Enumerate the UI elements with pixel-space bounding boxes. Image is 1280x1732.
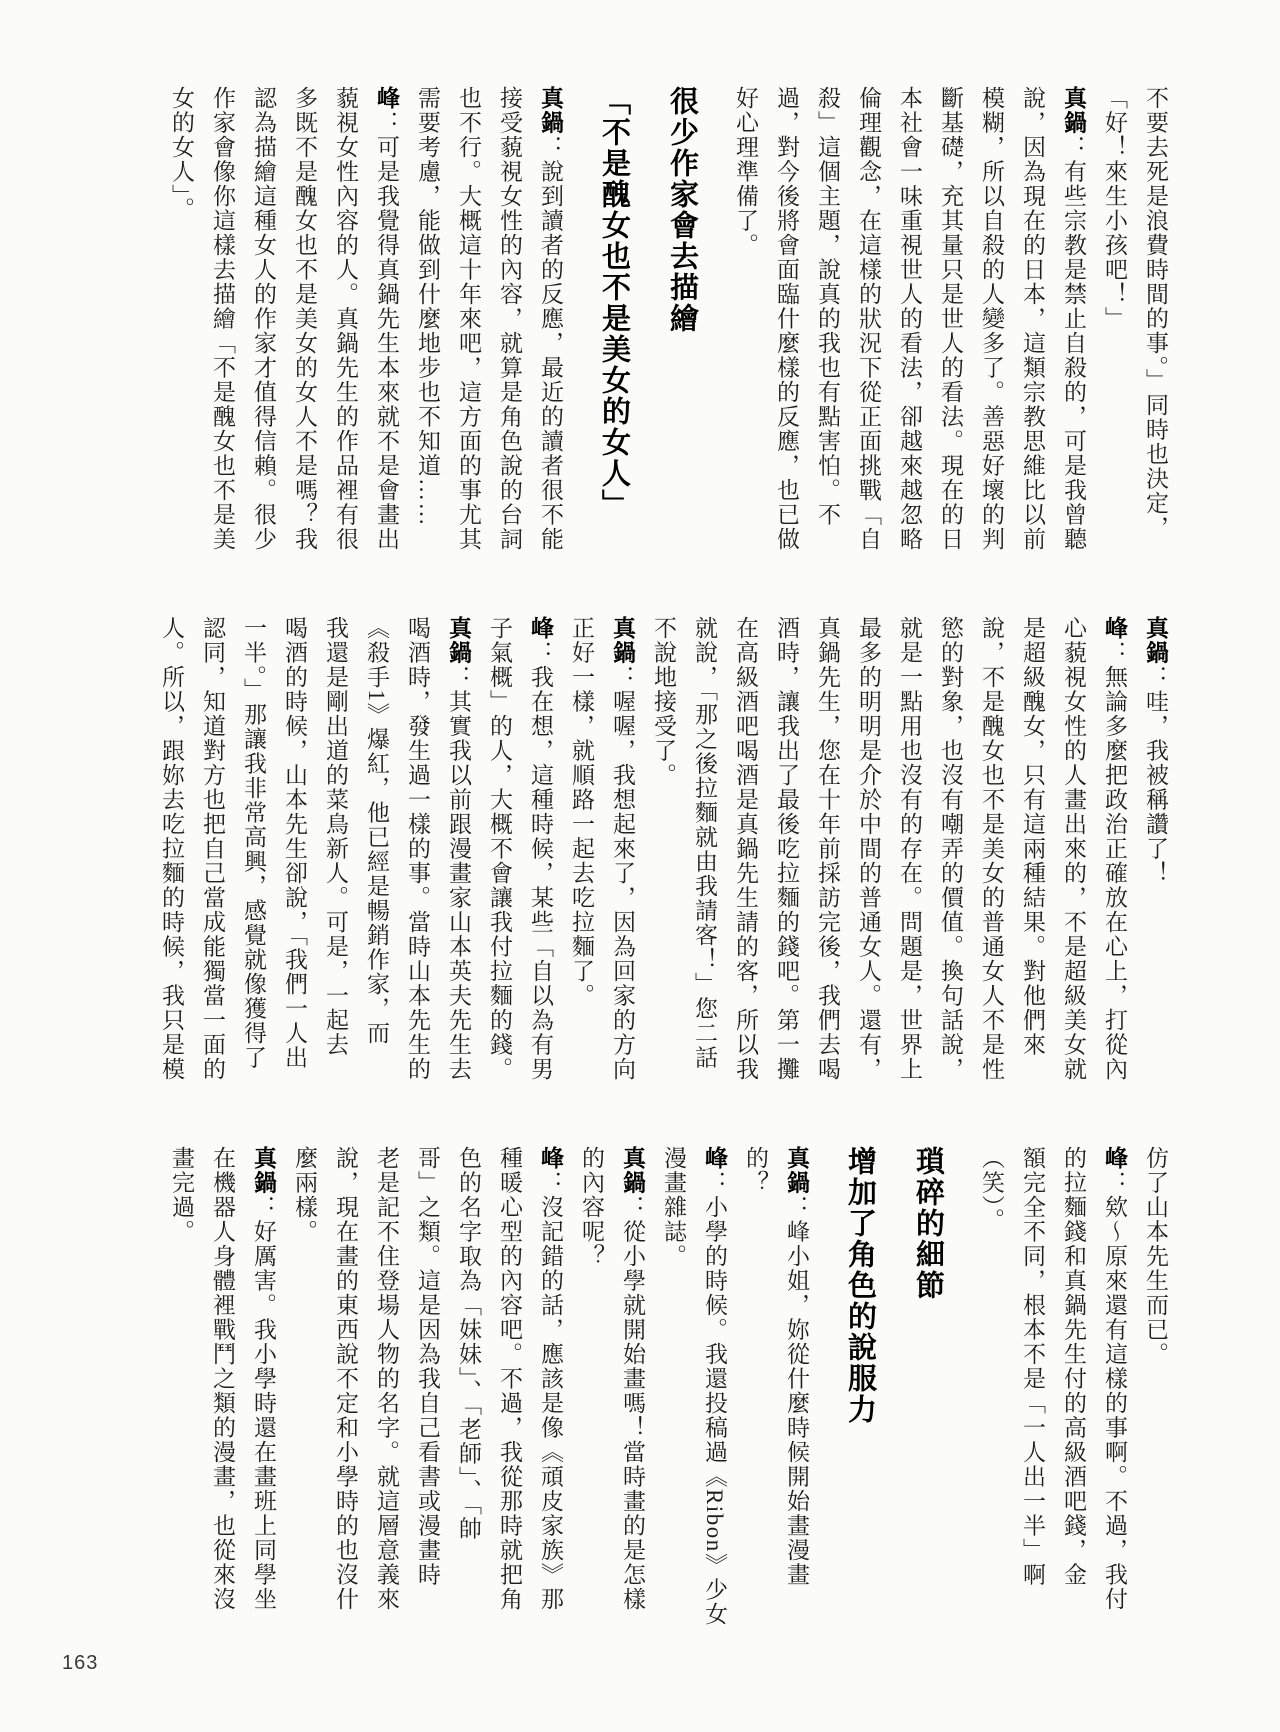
text-column: 畫完過。 [161,1146,202,1640]
text-column: 真鍋：喔喔，我想起來了，因為回家的方向 [602,616,643,1110]
speaker-name: 真鍋 [1143,616,1168,665]
text-column: 峰：小學的時候。我還投稿過《Ribon》少女 [694,1146,735,1640]
text-column: 喝酒的時候，山本先生卻說，「我們一人出 [274,616,315,1110]
speech-text: ：沒記錯的話，應該是像《頑皮家族》那 [538,1171,563,1612]
text-column: 喝酒時，發生過一樣的事。當時山本先生的 [397,616,438,1110]
text-column: 真鍋：從小學就開始畫嗎！當時畫的是怎樣 [612,1146,653,1640]
speaker-name: 真鍋 [784,1146,809,1195]
book-page: 不要去死是浪費時間的事。」同時也決定，「好！來生小孩吧！」真鍋：有些宗教是禁止自… [0,0,1280,1732]
speech-text: ：峰小姐，妳從什麼時候開始畫漫畫 [784,1195,809,1587]
text-column: 需要考慮，能做到什麼地步也不知道…… [407,86,448,580]
page-number: 163 [62,1652,98,1675]
text-column: 酒時，讓我出了最後吃拉麵的錢吧。第一攤 [766,616,807,1110]
text-column: 真鍋：說到讀者的反應，最近的讀者很不能 [530,86,571,580]
speech-text: ：其實我以前跟漫畫家山本英夫先生去 [446,665,471,1082]
text-column: 真鍋：好厲害。我小學時還在畫班上同學坐 [243,1146,284,1640]
text-column: 峰：可是我覺得真鍋先生本來就不是會畫出 [366,86,407,580]
text-column: 殺」這個主題，說真的我也有點害怕。不 [807,86,848,580]
text-column: 真鍋：其實我以前跟漫畫家山本英夫先生去 [438,616,479,1110]
text-column: 一半。」那讓我非常高興，感覺就像獲得了 [233,616,274,1110]
text-column: 漫畫雜誌。 [653,1146,694,1640]
section-heading: 很少作家會去描繪 [657,86,707,580]
speaker-name: 真鍋 [610,616,635,665]
text-column: 作家會像你這樣去描繪「不是醜女也不是美 [202,86,243,580]
speaker-name: 真鍋 [1061,86,1086,135]
text-column: 認同，知道對方也把自己當成能獨當一面的 [192,616,233,1110]
text-column: 額完全不同，根本不是「一人出一半」啊 [1012,1146,1053,1640]
text-column: 就說，「那之後拉麵就由我請客！」您二話 [684,616,725,1110]
text-column: 的內容呢？ [571,1146,612,1640]
speaker-name: 真鍋 [620,1146,645,1195]
text-column: 真鍋：哇，我被稱讚了！ [1135,616,1176,1110]
text-column: 認為描繪這種女人的作家才值得信賴。很少 [243,86,284,580]
section-heading: 「不是醜女也不是美女的女人」 [589,86,639,580]
speaker-name: 峰 [702,1146,727,1171]
text-column: 真鍋：峰小姐，妳從什麼時候開始畫漫畫 [776,1146,817,1640]
text-column: 心藐視女性的人畫出來的，不是超級美女就 [1053,616,1094,1110]
text-column: 好心理準備了。 [725,86,766,580]
speaker-name: 峰 [374,86,399,111]
text-column: 子氣概」的人，大概不會讓我付拉麵的錢。 [479,616,520,1110]
speaker-name: 峰 [1102,616,1127,641]
text-column: 老是記不住登場人物的名字。就這層意義來 [366,1146,407,1640]
text-column: 不說地接受了。 [643,616,684,1110]
text-column: 峰：我在想，這種時候，某些「自以為有男 [520,616,561,1110]
speech-text: ：哇，我被稱讚了！ [1143,665,1168,886]
text-column: 過，對今後將會面臨什麼樣的反應，也已做 [766,86,807,580]
text-band-bottom: 仿了山本先生而已。峰：欸～原來還有這樣的事啊。不過，我付的拉麵錢和真鍋先生付的高… [161,1146,1176,1640]
text-column: 多既不是醜女也不是美女的女人不是嗎？我 [284,86,325,580]
text-column: 的？ [735,1146,776,1640]
section-heading: 增加了角色的說服力 [835,1146,885,1640]
text-column: 峰：欸～原來還有這樣的事啊。不過，我付 [1094,1146,1135,1640]
speech-text: ：說到讀者的反應，最近的讀者很不能 [538,135,563,552]
text-column: 真鍋先生，您在十年前採訪完後，我們去喝 [807,616,848,1110]
text-column: 最多的明明是介於中間的普通女人。還有， [848,616,889,1110]
speech-text: ：有些宗教是禁止自殺的，可是我曾聽 [1061,135,1086,552]
speech-text: ：喔喔，我想起來了，因為回家的方向 [610,665,635,1082]
speech-text: ：欸～原來還有這樣的事啊。不過，我付 [1102,1171,1127,1612]
text-column: 在機器人身體裡戰鬥之類的漫畫，也從來沒 [202,1146,243,1640]
speech-text: ：可是我覺得真鍋先生本來就不是會畫出 [374,111,399,552]
text-column: 是超級醜女，只有這兩種結果。對他們來 [1012,616,1053,1110]
text-column: 說，現在畫的東西說不定和小學時的也沒什 [325,1146,366,1640]
speaker-name: 真鍋 [538,86,563,135]
text-column: 我還是剛出道的菜鳥新人。可是，一起去 [315,616,356,1110]
section-heading: 瑣碎的細節 [903,1146,953,1640]
speaker-name: 峰 [528,616,553,641]
speaker-name: 真鍋 [446,616,471,665]
text-band-top: 不要去死是浪費時間的事。」同時也決定，「好！來生小孩吧！」真鍋：有些宗教是禁止自… [161,86,1176,580]
text-column: 慾的對象，也沒有嘲弄的價值。換句話說， [930,616,971,1110]
speaker-name: 峰 [1102,1146,1127,1171]
text-column: 的拉麵錢和真鍋先生付的高級酒吧錢，金 [1053,1146,1094,1640]
text-column: 色的名字取為「妹妹」、「老師」、「帥 [448,1146,489,1640]
speaker-name: 真鍋 [251,1146,276,1195]
text-column: 就是一點用也沒有的存在。問題是，世界上 [889,616,930,1110]
text-column: 正好一樣，就順路一起去吃拉麵了。 [561,616,602,1110]
text-column: 不要去死是浪費時間的事。」同時也決定， [1135,86,1176,580]
text-column: 人。所以，跟妳去吃拉麵的時候，我只是模 [151,616,192,1110]
text-column: 峰：沒記錯的話，應該是像《頑皮家族》那 [530,1146,571,1640]
text-column: 哥」之類。這是因為我自己看書或漫畫時 [407,1146,448,1640]
text-column: （笑）。 [971,1146,1012,1640]
text-column: 《殺手1》爆紅，他已經是暢銷作家，而 [356,616,397,1110]
text-column: 說，不是醜女也不是美女的普通女人不是性 [971,616,1012,1110]
text-column: 女的女人」。 [161,86,202,580]
text-column: 倫理觀念，在這樣的狀況下從正面挑戰「自 [848,86,889,580]
text-band-middle: 真鍋：哇，我被稱讚了！峰：無論多麼把政治正確放在心上，打從內心藐視女性的人畫出來… [151,616,1176,1110]
text-column: 「好！來生小孩吧！」 [1094,86,1135,580]
text-column: 真鍋：有些宗教是禁止自殺的，可是我曾聽 [1053,86,1094,580]
text-column: 本社會一味重視世人的看法，卻越來越忽略 [889,86,930,580]
text-column: 也不行。大概這十年來吧，這方面的事尤其 [448,86,489,580]
text-column: 說，因為現在的日本，這類宗教思維比以前 [1012,86,1053,580]
text-column: 種暖心型的內容吧。不過，我從那時就把角 [489,1146,530,1640]
text-column: 藐視女性內容的人。真鍋先生的作品裡有很 [325,86,366,580]
text-column: 麼兩樣。 [284,1146,325,1640]
speech-text: ：好厲害。我小學時還在畫班上同學坐 [251,1195,276,1612]
speech-text: ：小學的時候。我還投稿過《Ribon》少女 [702,1171,727,1627]
speaker-name: 峰 [538,1146,563,1171]
speech-text: ：我在想，這種時候，某些「自以為有男 [528,641,553,1082]
text-column: 斷基礎，充其量只是世人的看法。現在的日 [930,86,971,580]
text-column: 仿了山本先生而已。 [1135,1146,1176,1640]
text-column: 在高級酒吧喝酒是真鍋先生請的客，所以我 [725,616,766,1110]
text-column: 模糊，所以自殺的人變多了。善惡好壞的判 [971,86,1012,580]
text-column: 接受藐視女性的內容，就算是角色說的台詞 [489,86,530,580]
speech-text: ：從小學就開始畫嗎！當時畫的是怎樣 [620,1195,645,1612]
text-column: 峰：無論多麼把政治正確放在心上，打從內 [1094,616,1135,1110]
page-text-area: 不要去死是浪費時間的事。」同時也決定，「好！來生小孩吧！」真鍋：有些宗教是禁止自… [151,86,1176,1640]
speech-text: ：無論多麼把政治正確放在心上，打從內 [1102,641,1127,1082]
